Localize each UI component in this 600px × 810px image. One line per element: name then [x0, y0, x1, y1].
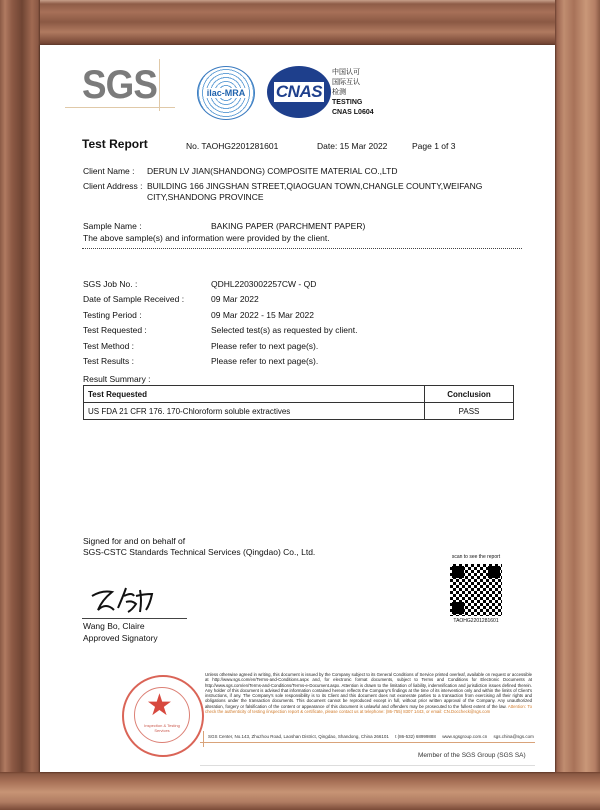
cnas-accreditation-text: 中国认可 国际互认 检测 TESTING CNAS L0604	[332, 68, 374, 118]
star-icon: ★	[146, 691, 173, 721]
job-no-value: QDHL2203002257CW - QD	[211, 279, 316, 289]
date-received-label: Date of Sample Received :	[83, 294, 184, 304]
frame-bottom	[0, 772, 600, 810]
frame-left	[0, 0, 40, 810]
bottom-divider	[200, 765, 535, 766]
signed-on-behalf: Signed for and on behalf of	[83, 536, 185, 546]
sgs-logo: SGS	[82, 63, 157, 108]
footer-contact: SGS Center, No.143, Zhuzhou Road, Laosha…	[208, 734, 534, 739]
report-page: SGS ilac-MRA CNAS 中国认可 国际互认 检测 TESTING C…	[40, 45, 555, 772]
client-address-label: Client Address :	[83, 181, 143, 191]
sgs-membership: Member of the SGS Group (SGS SA)	[418, 752, 526, 759]
handwritten-signature-icon	[88, 580, 168, 618]
client-address-line1: BUILDING 166 JINGSHAN STREET,QIAOGUAN TO…	[147, 181, 482, 191]
job-no-label: SGS Job No. :	[83, 279, 137, 289]
footer-divider	[200, 742, 535, 743]
frame-right	[555, 0, 600, 810]
table-header-row: Test Requested Conclusion	[84, 386, 514, 403]
cnas-text-line: CNAS L0604	[332, 108, 374, 118]
test-requested-label: Test Requested :	[83, 325, 147, 335]
client-address-line2: CITY,SHANDONG PROVINCE	[147, 192, 264, 202]
sample-name-label: Sample Name :	[83, 221, 142, 231]
qr-report-code: TAOHG2201281601	[448, 618, 504, 624]
frame-top	[0, 0, 600, 45]
legal-disclaimer: Unless otherwise agreed in writing, this…	[205, 672, 532, 714]
qr-code-icon[interactable]	[450, 564, 502, 616]
test-requested-value: Selected test(s) as requested by client.	[211, 325, 357, 335]
footer-phone: t (86-532) 68999888	[395, 734, 436, 739]
report-title: Test Report	[82, 137, 148, 151]
testing-period-value: 09 Mar 2022 - 15 Mar 2022	[211, 310, 314, 320]
sgs-logo-divider	[159, 59, 160, 111]
section-divider	[82, 248, 522, 249]
disclaimer-body: Unless otherwise agreed in writing, this…	[205, 672, 532, 709]
test-results-value: Please refer to next page(s).	[211, 356, 318, 366]
client-name: DERUN LV JIAN(SHANDONG) COMPOSITE MATERI…	[147, 166, 397, 176]
seal-text: Inspection & Testing Services	[136, 723, 188, 733]
report-date: Date: 15 Mar 2022	[317, 141, 387, 151]
sample-note: The above sample(s) and information were…	[83, 233, 330, 243]
signatory-name: Wang Bo, Claire	[83, 621, 145, 631]
table-row: US FDA 21 CFR 176. 170-Chloroform solubl…	[84, 403, 514, 420]
test-method-label: Test Method :	[83, 341, 134, 351]
cnas-logo: CNAS	[267, 66, 331, 118]
ilac-logo-text: ilac-MRA	[206, 88, 247, 98]
sample-name: BAKING PAPER (PARCHMENT PAPER)	[211, 221, 365, 231]
result-summary-label: Result Summary :	[83, 374, 151, 384]
result-summary-table: Test Requested Conclusion US FDA 21 CFR …	[83, 385, 514, 420]
signing-company: SGS-CSTC Standards Technical Services (Q…	[83, 547, 315, 557]
cnas-text-line: 国际互认	[332, 78, 374, 88]
test-results-label: Test Results :	[83, 356, 134, 366]
footer-email[interactable]: sgs.china@sgs.com	[493, 734, 533, 739]
column-header-test-requested: Test Requested	[84, 386, 425, 403]
cnas-text-line: TESTING	[332, 98, 374, 108]
date-received-value: 09 Mar 2022	[211, 294, 259, 304]
cnas-text-line: 检测	[332, 88, 374, 98]
cnas-logo-text: CNAS	[274, 82, 324, 102]
qr-caption: scan to see the report	[448, 554, 504, 560]
company-seal: ★ Inspection & Testing Services	[122, 675, 204, 757]
signature-line	[82, 618, 187, 619]
footer-divider-vertical	[203, 731, 204, 747]
page-indicator: Page 1 of 3	[412, 141, 455, 151]
client-name-label: Client Name :	[83, 166, 135, 176]
signatory-title: Approved Signatory	[83, 633, 158, 643]
column-header-conclusion: Conclusion	[425, 386, 514, 403]
test-method-value: Please refer to next page(s).	[211, 341, 318, 351]
test-requested-cell: US FDA 21 CFR 176. 170-Chloroform solubl…	[84, 403, 425, 420]
footer-website[interactable]: www.sgsgroup.com.cn	[442, 734, 487, 739]
footer-address: SGS Center, No.143, Zhuzhou Road, Laosha…	[208, 734, 389, 739]
conclusion-cell: PASS	[425, 403, 514, 420]
ilac-mra-logo: ilac-MRA	[197, 66, 255, 120]
cnas-text-line: 中国认可	[332, 68, 374, 78]
report-number: No. TAOHG2201281601	[186, 141, 278, 151]
testing-period-label: Testing Period :	[83, 310, 142, 320]
